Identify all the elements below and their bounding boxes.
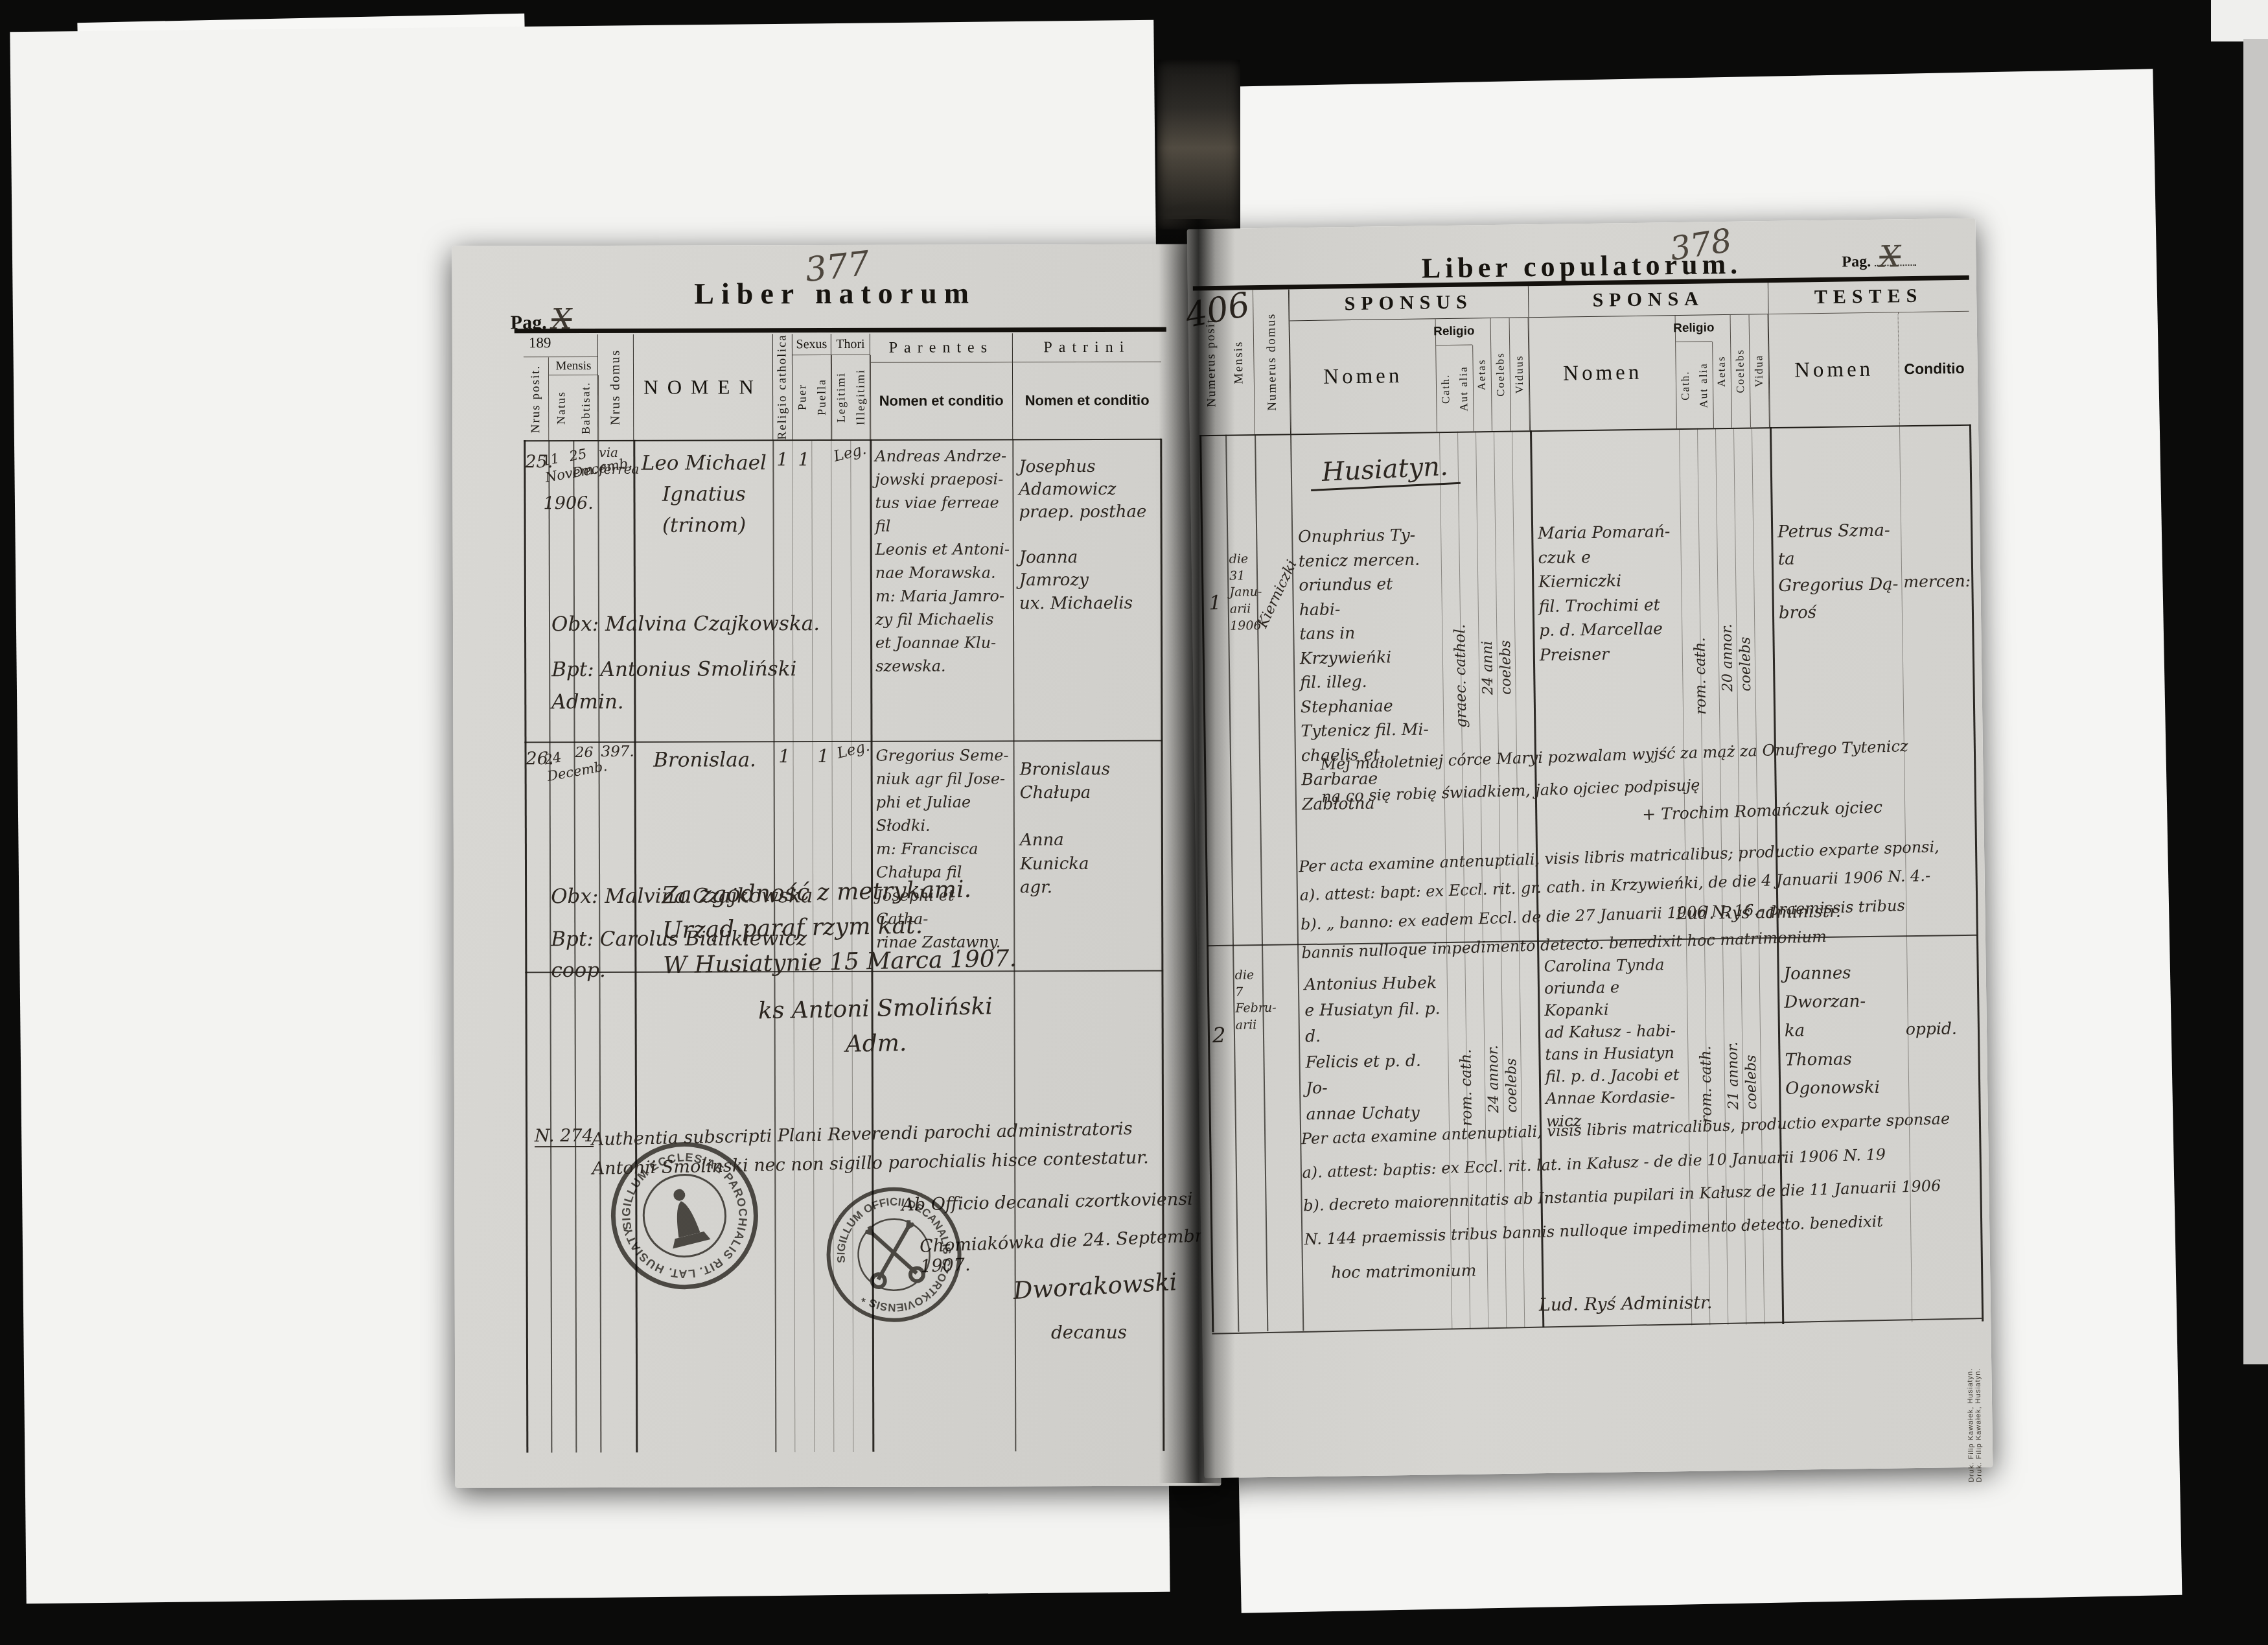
entry-testes-conditio: oppid. (1906, 1019, 1957, 1038)
header-parentes-sub: Nomen et conditio (870, 362, 1012, 439)
header-patrini-sub: Nomen et conditio (1013, 362, 1161, 439)
scanner-edge-strip (2243, 39, 2268, 1364)
header-testes-label: TESTES (1768, 280, 1969, 314)
header-religio-label: Religio catholica (773, 334, 792, 439)
decanal-seal: SIGILLUM OFFICII DECANALIS CZORTKOVIENSI… (815, 1176, 973, 1333)
entry-sexus-mark: 1 (798, 449, 809, 470)
header-mensis: Mensis (549, 357, 598, 375)
entry-sponsa-age: 21 annor. (1723, 967, 1743, 1110)
book-spine-top (1157, 60, 1240, 229)
header-numerus-posit: Numerus posit (1198, 290, 1225, 436)
header-group-thori: Thori Legitimi Illegitimi (831, 334, 870, 439)
entry-patrini: Josephus Adamowicz praep. posthae Joanna… (1019, 456, 1158, 615)
header-legitimi: Legitimi (831, 355, 851, 439)
right-page-liber-copulatorum: 378 Liber copulatorum. Pag. X 406 Numeru… (1187, 218, 1993, 1478)
entry-sponsa-age: 20 annor. (1717, 549, 1737, 692)
entry-nrus: 2 (1212, 1023, 1226, 1047)
examination-note: Per acta examine antenuptiali, visis lib… (1301, 1102, 1975, 1257)
entry-sponsus-age: 24 anni (1477, 552, 1498, 695)
entry-sponsus-status: coelebs (1501, 970, 1522, 1113)
header-sponsus-religio: Religio (1436, 318, 1473, 345)
section-heading-husiatyn: Husiatyn. (1310, 451, 1461, 491)
left-page-liber-natorum: 377 Liber natorum Pag. X 189 Nrus posit.… (452, 244, 1221, 1487)
scan-background: 377 Liber natorum Pag. X 189 Nrus posit.… (0, 0, 2268, 1645)
entry-sponsus-status: coelebs (1496, 552, 1516, 695)
header-sponsus-aetas: Aetas (1472, 318, 1492, 431)
header-puella: Puella (812, 355, 832, 439)
header-group-sponsa: SPONSA Nomen Religio Cath. Aut alia Aeta… (1528, 283, 1770, 430)
header-sponsus-label: SPONSUS (1289, 286, 1529, 321)
row-separator (1212, 1318, 1982, 1334)
header-sponsus-cath: Cath. (1436, 345, 1455, 432)
entry-patrini: Bronislaus Chałupa Anna Kunicka agr. (1020, 758, 1159, 900)
entry-house-number: 397. (601, 743, 634, 760)
header-nrus-domus-label: Nrus domus (598, 334, 633, 440)
header-sponsa-nomen: Nomen (1529, 316, 1676, 430)
examination-note-close: hoc matrimonium (1331, 1261, 1477, 1282)
entry-sponsus-religio: rom. cath. (1448, 970, 1484, 1126)
entry-obstetrix: Obx: Malvina Czajkowska. (551, 612, 888, 636)
entry-testes-conditio: mercen: (1903, 572, 1971, 591)
header-testes-conditio: Conditio (1897, 312, 1971, 426)
header-group-parentes: Parentes Nomen et conditio (870, 333, 1012, 439)
entry-thori-mark: Leg. (832, 441, 868, 465)
header-natus: Natus (549, 375, 573, 440)
table-top-rule (515, 327, 1166, 334)
header-babtisat: Babtisat. (573, 375, 599, 440)
column-rule (1160, 439, 1164, 1451)
certification-text: Za zgodność z metrykami. Urząd paraf rzy… (662, 872, 1017, 984)
scanner-edge-corner (2211, 0, 2268, 41)
certification-signature: ks Antoni Smoliński Adm. (758, 989, 994, 1064)
header-patrini-label: Patrini (1013, 333, 1161, 363)
header-group-date: 189 Nrus posit. Mensis Natus Babtisat. (524, 334, 597, 440)
header-parentes-label: Parentes (870, 333, 1012, 363)
entry-religio-mark: 1 (776, 449, 788, 470)
decanal-note-signature-title: decanus (1051, 1322, 1127, 1343)
header-sponsa-religio: Religio (1676, 315, 1713, 342)
examination-signature: Lud. Ryś Administr. (1539, 1292, 1713, 1315)
header-sponsa-coelebs: Coelebs (1731, 314, 1751, 427)
crossed-keys-icon (863, 1219, 924, 1289)
entry-sponsus-age: 24 annor. (1483, 970, 1503, 1113)
header-mensis: Mensis (1223, 290, 1255, 435)
header-nrus-domus: Nrus domus (597, 334, 633, 440)
year-prefix: 189 (524, 334, 597, 357)
header-sponsa-label: SPONSA (1529, 283, 1768, 318)
examination-signature: Lud. Ryś administr. (1676, 902, 1841, 924)
entry-sponsa-religio: rom. cath. (1688, 967, 1724, 1123)
header-sponsa-aetas: Aetas (1712, 315, 1732, 428)
examination-note: Per acta examine antenuptiali, visis lib… (1299, 832, 1969, 968)
header-sponsus-coelebs: Coelebs (1491, 318, 1511, 431)
entry-sexus-mark: 1 (818, 745, 829, 767)
header-illegitimi: Illegitimi (851, 355, 871, 439)
header-puer: Puer (793, 355, 812, 439)
entry-sponsus-religio: graec. cathol. (1442, 546, 1478, 728)
header-sponsa-aut-alia: Aut alia (1694, 342, 1714, 428)
entry-sponsus-name: Antonius Hubek e Husiatyn fil. p. d. Fel… (1304, 970, 1446, 1127)
header-testes-nomen: Nomen (1769, 312, 1899, 427)
entry-baptisans: Bpt: Antonius Smoliński Admin. (551, 653, 888, 719)
entry-religio-mark: 1 (779, 745, 791, 767)
decanal-note-text: Authentia subscripti Plani Reverendi par… (591, 1114, 1175, 1184)
header-sponsa-vidua: Vidua (1750, 314, 1770, 427)
entry-child-name: Bronislaa. (640, 748, 770, 772)
header-sexus-label: Sexus (793, 334, 831, 355)
entry-sponsa-religio: rom. cath. (1682, 546, 1718, 715)
row-separator (524, 740, 1162, 743)
entry-sponsa-name: Carolina Tynda oriunda e Kopanki ad Kału… (1544, 953, 1686, 1132)
entry-testes-names: Petrus Szma- ta Gregorius Dą- broś (1777, 517, 1902, 627)
header-group-sexus: Sexus Puer Puella (792, 334, 831, 439)
header-nomen-label: NOMEN (643, 375, 763, 399)
entry-sponsa-name: Maria Pomarań- czuk e Kierniczki fil. Tr… (1538, 519, 1680, 667)
entry-child-name: Leo Michael Ignatius (trinom) (639, 447, 769, 541)
column-rule (1199, 435, 1214, 1332)
entry-parentes: Andreas Andrze- jowski praeposi- tus via… (875, 444, 1010, 678)
header-sponsus-aut-alia: Aut alia (1454, 345, 1474, 431)
header-group-date: Numerus posit Mensis Numerus domus (1198, 289, 1290, 435)
header-group-testes: TESTES Nomen Conditio (1768, 280, 1971, 427)
entry-house-number: via ferrea (599, 444, 639, 478)
header-numerus-domus: Numerus domus (1253, 289, 1291, 434)
entry-sponsa-status: coelebs (1741, 966, 1761, 1109)
pag-crossed-value: X (1879, 239, 1901, 274)
note-ref: N. 274 (535, 1126, 594, 1147)
header-nomen: NOMEN (633, 334, 772, 440)
column-rule (524, 440, 528, 1452)
header-sponsa-cath: Cath. (1676, 342, 1695, 428)
entry-year: 1906. (543, 493, 593, 513)
entry-sponsa-status: coelebs (1735, 548, 1755, 691)
madonna-figure-icon (659, 1185, 710, 1249)
header-sponsus-viduus: Viduus (1510, 318, 1530, 430)
decanal-note-signature: Dworakowski (1013, 1268, 1178, 1305)
pag-label: Pag. (1842, 253, 1871, 271)
pag-field: Pag. X (1842, 253, 1916, 272)
printer-imprint: Druk. Filip Kawałek, Husiatyn. Druk. Fil… (1965, 1249, 1984, 1482)
entry-nrus: 1 (1209, 592, 1221, 614)
header-thori-label: Thori (831, 334, 870, 355)
header-group-patrini: Patrini Nomen et conditio (1012, 333, 1161, 439)
header-nrus-posit: Nrus posit. (524, 357, 548, 440)
header-sponsus-nomen: Nomen (1290, 319, 1437, 434)
entry-date: die 7 Febru- arii (1235, 967, 1277, 1034)
header-religio: Religio catholica (772, 334, 792, 439)
header-group-sponsus: SPONSUS Nomen Religio Cath. Aut alia Aet… (1288, 286, 1530, 434)
birth-table-header: 189 Nrus posit. Mensis Natus Babtisat. N… (524, 333, 1161, 442)
entry-baptism-date: 26 (575, 745, 594, 761)
entry-testes-names: Joannes Dworzan- ka Thomas Ogonowski (1783, 958, 1908, 1103)
marriage-table-header: Numerus posit Mensis Numerus domus SPONS… (1198, 280, 1971, 437)
